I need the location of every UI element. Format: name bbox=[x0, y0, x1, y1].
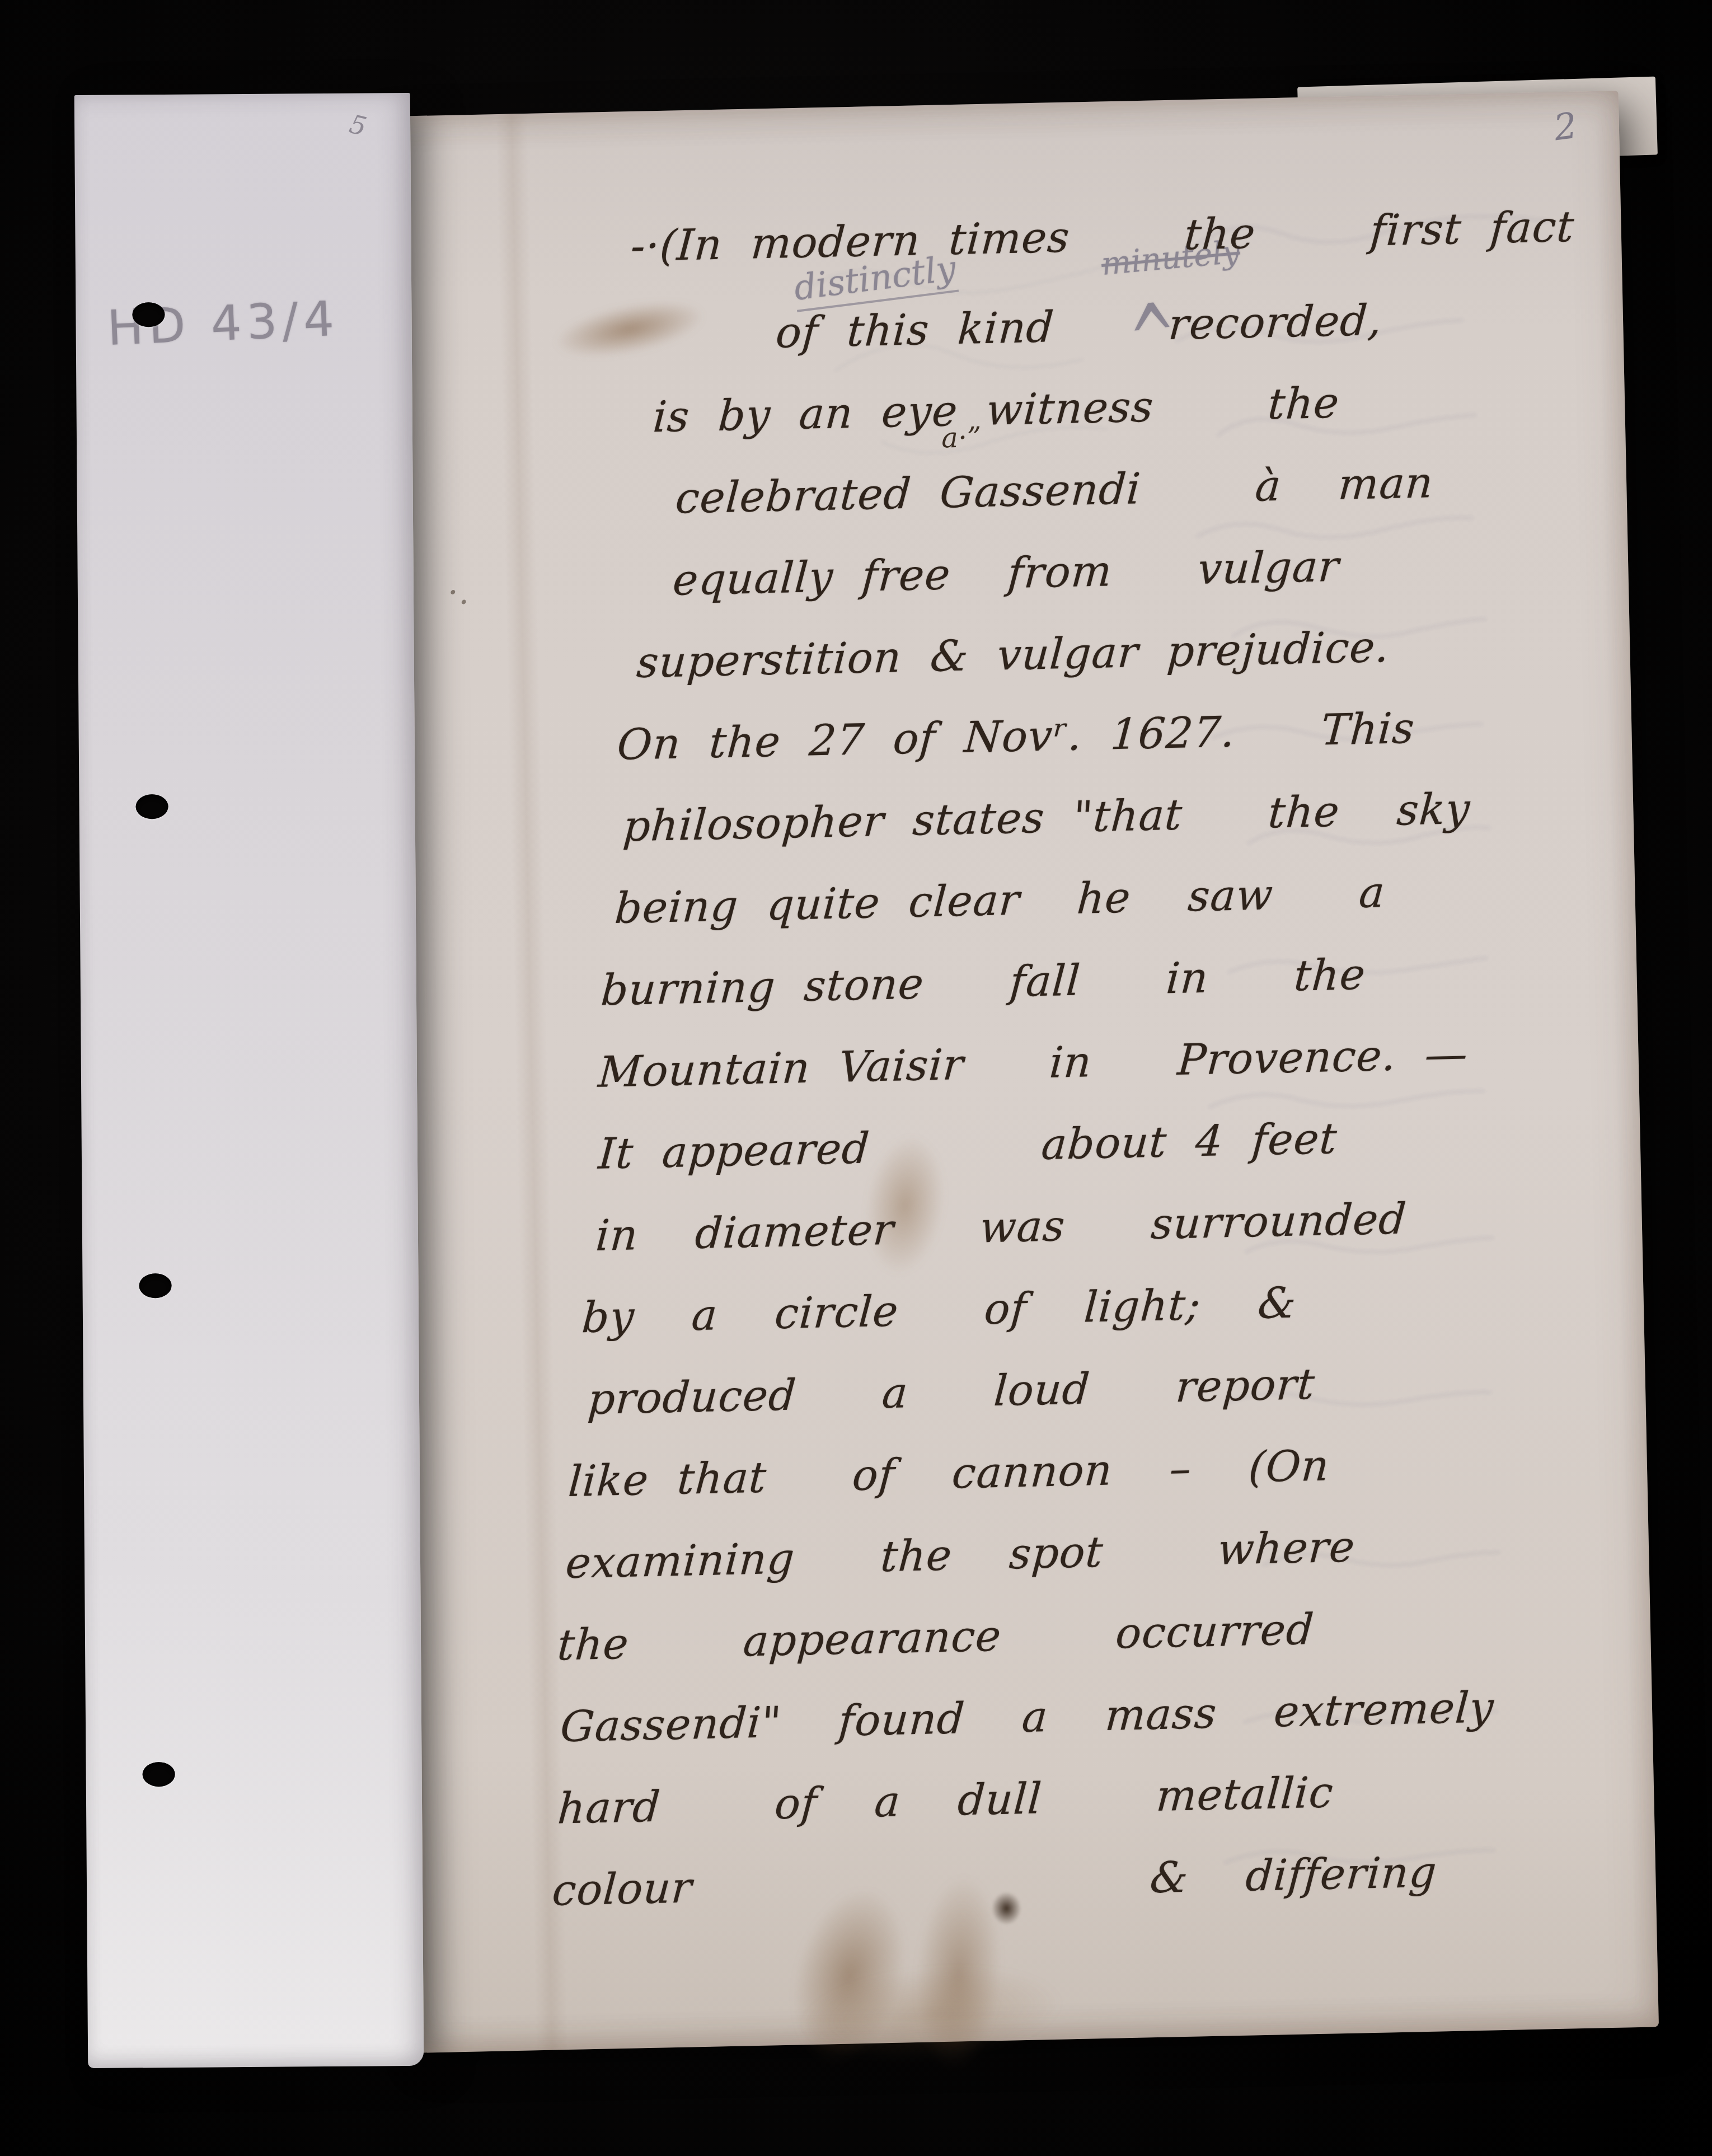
photograph-stage: 5 HD 43/4 2 bbox=[0, 0, 1712, 2156]
punch-hole bbox=[132, 302, 165, 327]
punch-hole bbox=[135, 794, 168, 819]
manuscript-page: 2 distinctly minutely ^ a·” ·. -·(In mod… bbox=[372, 91, 1659, 2053]
margin-dots: ·. bbox=[447, 573, 470, 612]
punch-hole bbox=[142, 1762, 175, 1787]
page-number: 2 bbox=[1551, 105, 1579, 149]
archive-cover-sheet: 5 HD 43/4 bbox=[74, 93, 424, 2068]
corner-note: 5 bbox=[346, 109, 369, 142]
manuscript-text: -·(In modern times the first fact of thi… bbox=[519, 183, 1694, 1932]
punch-hole bbox=[139, 1273, 171, 1298]
